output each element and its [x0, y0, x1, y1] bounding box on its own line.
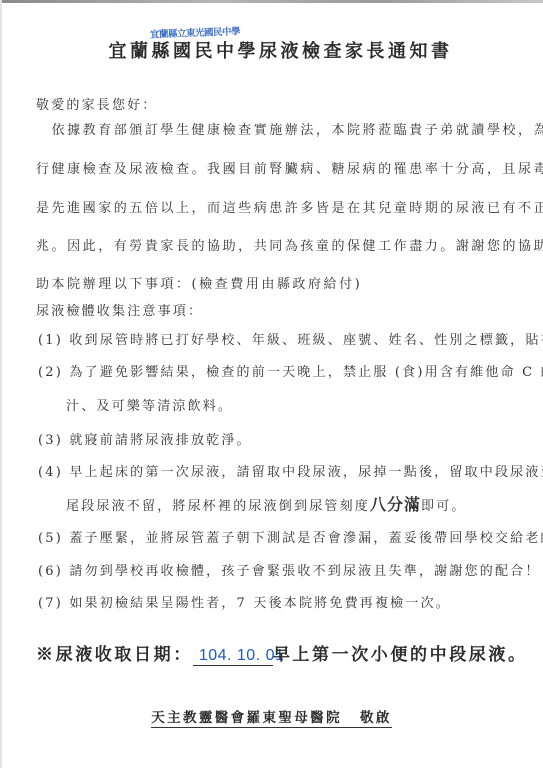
- note-item-5: (5) 蓋子壓緊，並將尿管蓋子朝下測試是否會滲漏，蓋妥後帶回學校交給老師。: [38, 527, 543, 546]
- collection-date-field[interactable]: 104. 10. 01: [193, 647, 273, 666]
- scan-edge-top: [0, 0, 543, 3]
- note-number: (2): [38, 365, 63, 380]
- note-text: 即可。: [421, 499, 467, 514]
- note-text: 如果初檢結果呈陽性者，7 天後本院將免費再複檢一次。: [69, 596, 451, 611]
- emphasis-eighty-percent: 八分滿: [370, 495, 421, 514]
- note-number: (5): [38, 531, 63, 546]
- note-text: 就寢前請將尿液排放乾淨。: [69, 433, 251, 448]
- note-text: 尾段尿液不留，將尿杯裡的尿液倒到尿管刻度: [66, 499, 370, 514]
- collection-instruction: 早上第一次小便的中段尿液。: [273, 645, 528, 665]
- note-text: 早上起床的第一次尿液，請留取中段尿液，尿掉一點後，留取中段尿液至尿杯，: [69, 465, 543, 480]
- note-number: (1): [38, 333, 63, 348]
- note-item-7: (7) 如果初檢結果呈陽性者，7 天後本院將免費再複檢一次。: [38, 592, 451, 611]
- intro-line: 助本院辦理以下事項：(檢查費用由縣政府給付): [36, 273, 362, 292]
- note-item-3: (3) 就寢前請將尿液排放乾淨。: [38, 429, 252, 448]
- signature-closing: 敬啟: [360, 710, 392, 726]
- note-item-4: (4) 早上起床的第一次尿液，請留取中段尿液，尿掉一點後，留取中段尿液至尿杯，: [38, 461, 543, 480]
- note-number: (7): [38, 596, 63, 611]
- notice-page: 宜蘭縣立東光國民中學 宜蘭縣國民中學尿液檢查家長通知書 敬愛的家長您好： 依據教…: [0, 0, 543, 768]
- note-text: 為了避免影響結果，檢查的前一天晚上，禁止服 (食)用含有維他命 C 的藥品、果: [69, 365, 543, 380]
- intro-line: 是先進國家的五倍以上，而這些病患許多皆是在其兒童時期的尿液已有不正常的徵: [36, 197, 543, 216]
- intro-line: 兆。因此，有勞貴家長的協助，共同為孩童的保健工作盡力。謝謝您的協助。懇請協: [36, 235, 543, 254]
- note-item-2-continued: 汁、及可樂等清涼飲料。: [66, 395, 233, 414]
- note-item-1: (1) 收到尿管時將已打好學校、年級、班級、座號、姓名、性別之標籤，貼在尿管上。: [38, 329, 543, 348]
- intro-line: 依據教育部頒訂學生健康檢查實施辦法，本院將蒞臨貴子弟就讀學校，為學生進: [36, 119, 543, 138]
- document-title: 宜蘭縣國民中學尿液檢查家長通知書: [0, 37, 543, 63]
- note-number: (3): [38, 433, 63, 448]
- note-text: 蓋子壓緊，並將尿管蓋子朝下測試是否會滲漏，蓋妥後帶回學校交給老師。: [69, 531, 543, 546]
- greeting: 敬愛的家長您好：: [36, 94, 158, 113]
- note-item-2: (2) 為了避免影響結果，檢查的前一天晚上，禁止服 (食)用含有維他命 C 的藥…: [38, 361, 543, 380]
- notes-heading: 尿液檢體收集注意事項：: [36, 300, 203, 319]
- signature: 天主教靈醫會羅東聖母醫院敬啟: [0, 706, 543, 726]
- note-item-6: (6) 請勿到學校再收檢體，孩子會緊張收不到尿液且失準，謝謝您的配合！: [38, 560, 541, 579]
- note-text: 請勿到學校再收檢體，孩子會緊張收不到尿液且失準，謝謝您的配合！: [69, 564, 540, 579]
- hospital-name: 天主教靈醫會羅東聖母醫院: [151, 710, 342, 726]
- note-number: (6): [38, 564, 63, 579]
- note-text: 收到尿管時將已打好學校、年級、班級、座號、姓名、性別之標籤，貼在尿管上。: [69, 333, 543, 348]
- collection-date-line: ※尿液收取日期：104. 10. 01早上第一次小便的中段尿液。: [36, 640, 528, 666]
- collection-date-label: ※尿液收取日期：: [36, 645, 193, 665]
- signature-underlined: 天主教靈醫會羅東聖母醫院敬啟: [151, 710, 392, 728]
- intro-line: 行健康檢查及尿液檢查。我國目前腎臟病、糖尿病的罹患率十分高，且尿毒症患者更: [36, 158, 543, 177]
- scan-edge-left: [0, 0, 2, 768]
- note-item-4-continued: 尾段尿液不留，將尿杯裡的尿液倒到尿管刻度八分滿即可。: [66, 492, 467, 515]
- note-number: (4): [38, 465, 63, 480]
